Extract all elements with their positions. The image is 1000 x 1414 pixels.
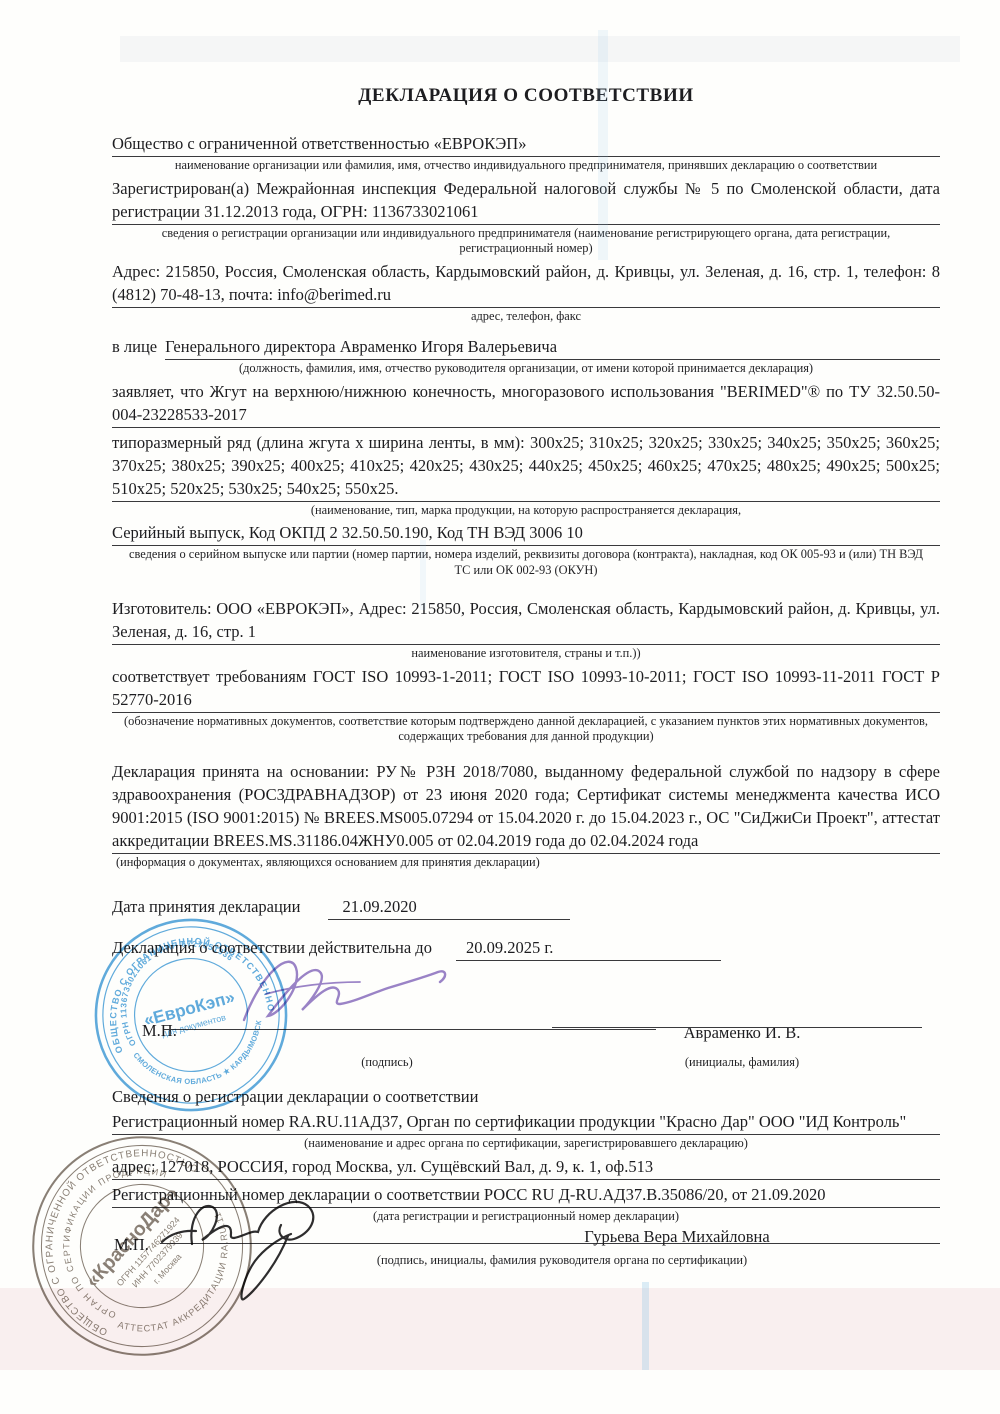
valid-until-value: 20.09.2025 г.	[456, 936, 721, 961]
certifier-head-name: Гурьева Вера Михайловна	[512, 1227, 842, 1247]
serial-caption: сведения о серийном выпуске или партии (…	[126, 547, 926, 578]
representative-field: в лице Генерального директора Авраменко …	[112, 335, 940, 377]
valid-until-label: Декларация о соответствии действительна …	[112, 936, 432, 959]
declarant-name-field: Общество с ограниченной ответственностью…	[112, 132, 940, 174]
product-sizes-caption: (наименование, тип, марка продукции, на …	[112, 503, 940, 519]
certifier-caption: (подпись, инициалы, фамилия руководителя…	[332, 1253, 792, 1268]
declarant-address-field: Адрес: 215850, Россия, Смоленская област…	[112, 260, 940, 325]
serial-info: Серийный выпуск, Код ОКПД 2 32.50.50.190…	[112, 521, 940, 546]
manufacturer-info: Изготовитель: ООО «ЕВРОКЭП», Адрес: 2158…	[112, 597, 940, 645]
basis-field: Декларация принята на основании: РУ№ РЗН…	[112, 760, 940, 871]
declarant-name: Общество с ограниченной ответственностью…	[112, 132, 940, 157]
mp-label: М.П.	[142, 1021, 177, 1041]
declaration-number-field: Регистрационный номер декларации о соотв…	[112, 1183, 940, 1225]
document-title: ДЕКЛАРАЦИЯ О СООТВЕТСТВИИ	[112, 85, 940, 107]
registry-number-field: Регистрационный номер RA.RU.11АД37, Орга…	[112, 1110, 940, 1152]
basis-text: Декларация принята на основании: РУ№ РЗН…	[112, 760, 940, 854]
scan-artifact-band	[120, 36, 960, 62]
adoption-date-value: 21.09.2020	[328, 895, 570, 920]
declaration-number-caption: (дата регистрации и регистрационный номе…	[112, 1209, 940, 1225]
declarant-address: Адрес: 215850, Россия, Смоленская област…	[112, 260, 940, 308]
declarant-registration-field: Зарегистрирован(а) Межрайонная инспекция…	[112, 177, 940, 257]
registry-number: Регистрационный номер RA.RU.11АД37, Орга…	[112, 1110, 940, 1135]
declaration-number: Регистрационный номер декларации о соотв…	[112, 1183, 940, 1208]
product-statement-field: заявляет, что Жгут на верхнюю/нижнюю кон…	[112, 380, 940, 428]
signature-caption: (подпись)	[262, 1055, 512, 1070]
name-line	[552, 1027, 922, 1028]
registry-heading: Сведения о регистрации декларации о соот…	[112, 1085, 940, 1108]
product-statement: заявляет, что Жгут на верхнюю/нижнюю кон…	[112, 380, 940, 428]
manufacturer-field: Изготовитель: ООО «ЕВРОКЭП», Адрес: 2158…	[112, 597, 940, 662]
registry-number-caption: (наименование и адрес органа по сертифик…	[126, 1136, 926, 1152]
declaration-document: ДЕКЛАРАЦИЯ О СООТВЕТСТВИИ Общество с огр…	[0, 0, 1000, 1414]
basis-caption: (информация о документах, являющихся осн…	[116, 855, 940, 871]
standards-field: соответствует требованиям ГОСТ ISO 10993…	[112, 665, 940, 745]
manufacturer-caption: наименование изготовителя, страны и т.п.…	[112, 646, 940, 662]
declarant-head-name: Авраменко И. В.	[562, 1023, 922, 1043]
adoption-date-row: Дата принятия декларации 21.09.2020	[112, 895, 940, 920]
declarant-name-caption: наименование организации или фамилия, им…	[121, 158, 931, 174]
declarant-address-caption: адрес, телефон, факс	[112, 309, 940, 325]
valid-until-row: Декларация о соответствии действительна …	[112, 936, 940, 961]
registry-address: адрес: 127018, РОССИЯ, город Москва, ул.…	[112, 1155, 940, 1180]
name-caption: (инициалы, фамилия)	[562, 1055, 922, 1070]
serial-field: Серийный выпуск, Код ОКПД 2 32.50.50.190…	[112, 521, 940, 578]
standards: соответствует требованиям ГОСТ ISO 10993…	[112, 665, 940, 713]
registry-address-field: адрес: 127018, РОССИЯ, город Москва, ул.…	[112, 1155, 940, 1180]
adoption-date-label: Дата принятия декларации	[112, 895, 300, 918]
representative-caption: (должность, фамилия, имя, отчество руков…	[112, 361, 940, 377]
signature-row-declarant: М.П. (подпись) Авраменко И. В. (инициалы…	[112, 981, 940, 1085]
declarant-registration: Зарегистрирован(а) Межрайонная инспекция…	[112, 177, 940, 225]
representative-name: Генерального директора Авраменко Игоря В…	[165, 335, 940, 360]
representative-prefix: в лице	[112, 335, 165, 358]
mp-label: М.П.	[114, 1235, 149, 1255]
signature-row-certifier: М.П. Гурьева Вера Михайловна (подпись, и…	[112, 1227, 940, 1301]
standards-caption: (обозначение нормативных документов, соо…	[121, 714, 931, 745]
product-sizes-field: типоразмерный ряд (длина жгута х ширина …	[112, 431, 940, 519]
product-sizes: типоразмерный ряд (длина жгута х ширина …	[112, 431, 940, 502]
declarant-registration-caption: сведения о регистрации организации или и…	[126, 226, 926, 257]
